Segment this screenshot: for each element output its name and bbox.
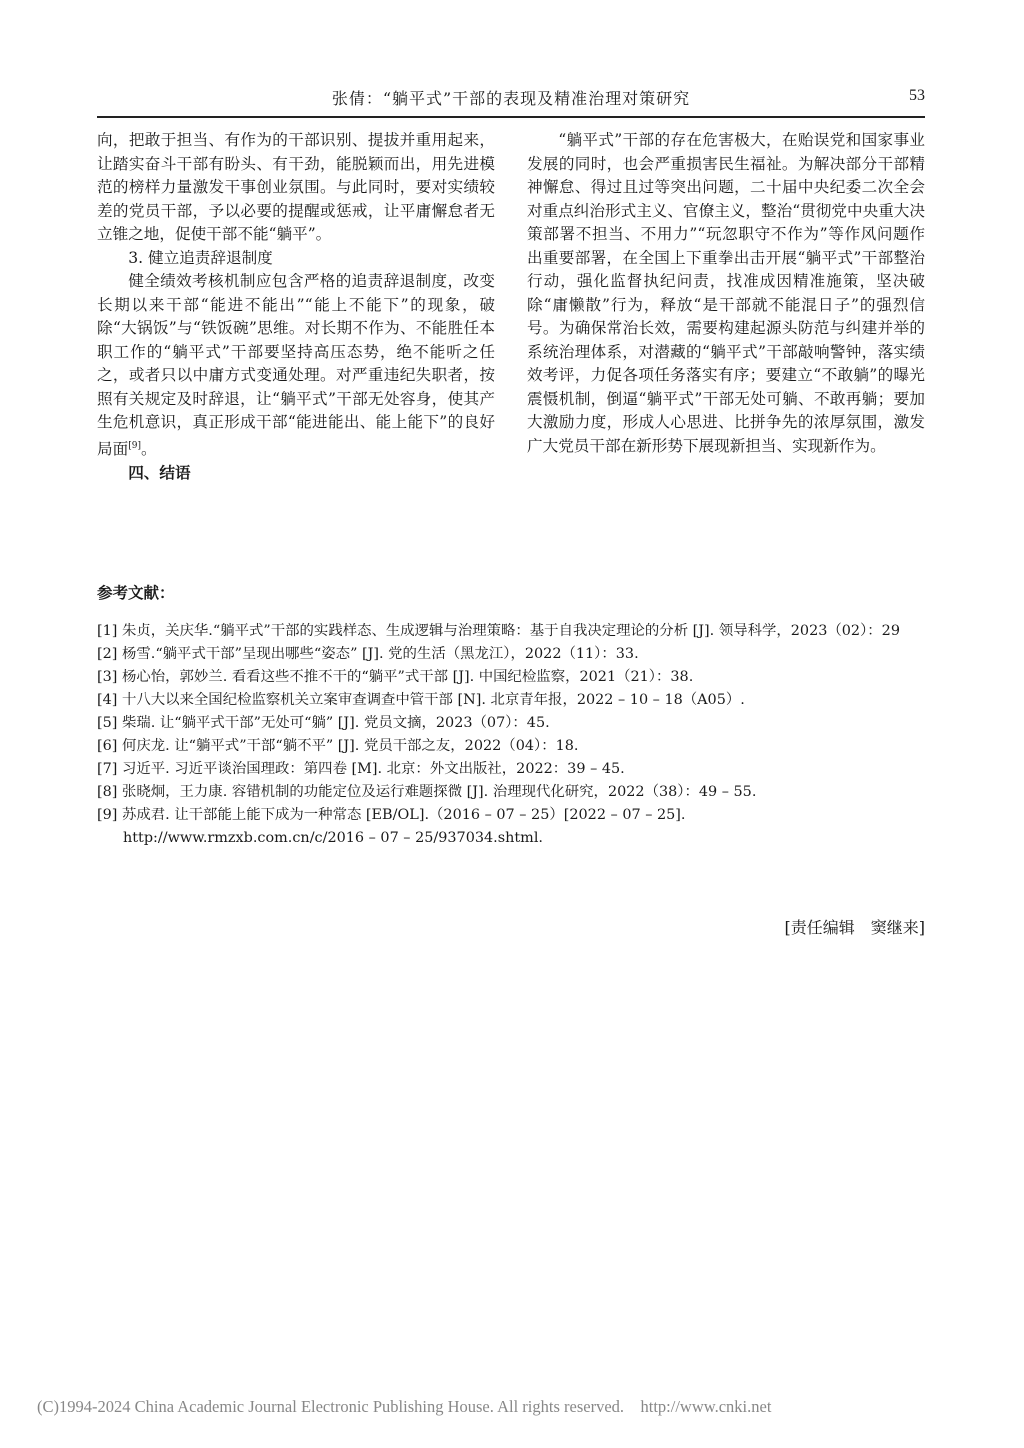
reference-item: [2] 杨雪.“躺平式干部”呈现出哪些“姿态” [J]. 党的生活（黑龙江），2…	[97, 643, 925, 666]
editor-note: [责任编辑 窦继来]	[785, 915, 926, 938]
paragraph: 健全绩效考核机制应包含严格的追责辞退制度，改变长期以来干部“能进不能出”“能上不…	[97, 270, 495, 461]
references-title: 参考文献：	[97, 581, 175, 603]
left-column: 向，把敢于担当、有作为的干部识别、提拔并重用起来，让踏实奋斗干部有盼头、有干劲，…	[97, 129, 495, 485]
section-heading: 四、结语	[97, 461, 495, 485]
reference-item: [9] 苏成君. 让干部能上能下成为一种常态 [EB/OL].（2016 – 0…	[97, 804, 925, 850]
reference-item: [7] 习近平. 习近平谈治国理政：第四卷 [M]. 北京：外文出版社，2022…	[97, 758, 925, 781]
right-column: “躺平式”干部的存在危害极大，在贻误党和国家事业发展的同时，也会严重损害民生福祉…	[527, 129, 925, 458]
header-divider	[97, 116, 925, 118]
reference-item: [8] 张晓炯，王力康. 容错机制的功能定位及运行难题探微 [J]. 治理现代化…	[97, 781, 925, 804]
reference-item: [3] 杨心怡，郭妙兰. 看看这些不推不干的“躺平”式干部 [J]. 中国纪检监…	[97, 666, 925, 689]
paragraph-text: 健全绩效考核机制应包含严格的追责辞退制度，改变长期以来干部“能进不能出”“能上不…	[97, 272, 495, 458]
running-header: 张倩：“躺平式”干部的表现及精准治理对策研究 53	[97, 84, 925, 112]
references-list: [1] 朱贞，关庆华.“躺平式”干部的实践样态、生成逻辑与治理策略：基于自我决定…	[97, 620, 925, 850]
paragraph-end: 。	[141, 440, 157, 458]
reference-item: [6] 何庆龙. 让“躺平式”干部“躺不平” [J]. 党员干部之友，2022（…	[97, 735, 925, 758]
paragraph: “躺平式”干部的存在危害极大，在贻误党和国家事业发展的同时，也会严重损害民生福祉…	[527, 129, 925, 458]
reference-item: [4] 十八大以来全国纪检监察机关立案审查调查中管干部 [N]. 北京青年报，2…	[97, 689, 925, 712]
reference-item: [5] 柴瑞. 让“躺平式干部”无处可“躺” [J]. 党员文摘，2023（07…	[97, 712, 925, 735]
citation-link[interactable]: [9]	[128, 441, 141, 451]
reference-item: [1] 朱贞，关庆华.“躺平式”干部的实践样态、生成逻辑与治理策略：基于自我决定…	[97, 620, 925, 643]
subsection-heading: 3. 健立追责辞退制度	[97, 247, 495, 271]
running-title: 张倩：“躺平式”干部的表现及精准治理对策研究	[97, 86, 925, 109]
page-number: 53	[909, 87, 925, 105]
paragraph: 向，把敢于担当、有作为的干部识别、提拔并重用起来，让踏实奋斗干部有盼头、有干劲，…	[97, 129, 495, 247]
copyright-footer: (C)1994-2024 China Academic Journal Elec…	[37, 1397, 771, 1417]
